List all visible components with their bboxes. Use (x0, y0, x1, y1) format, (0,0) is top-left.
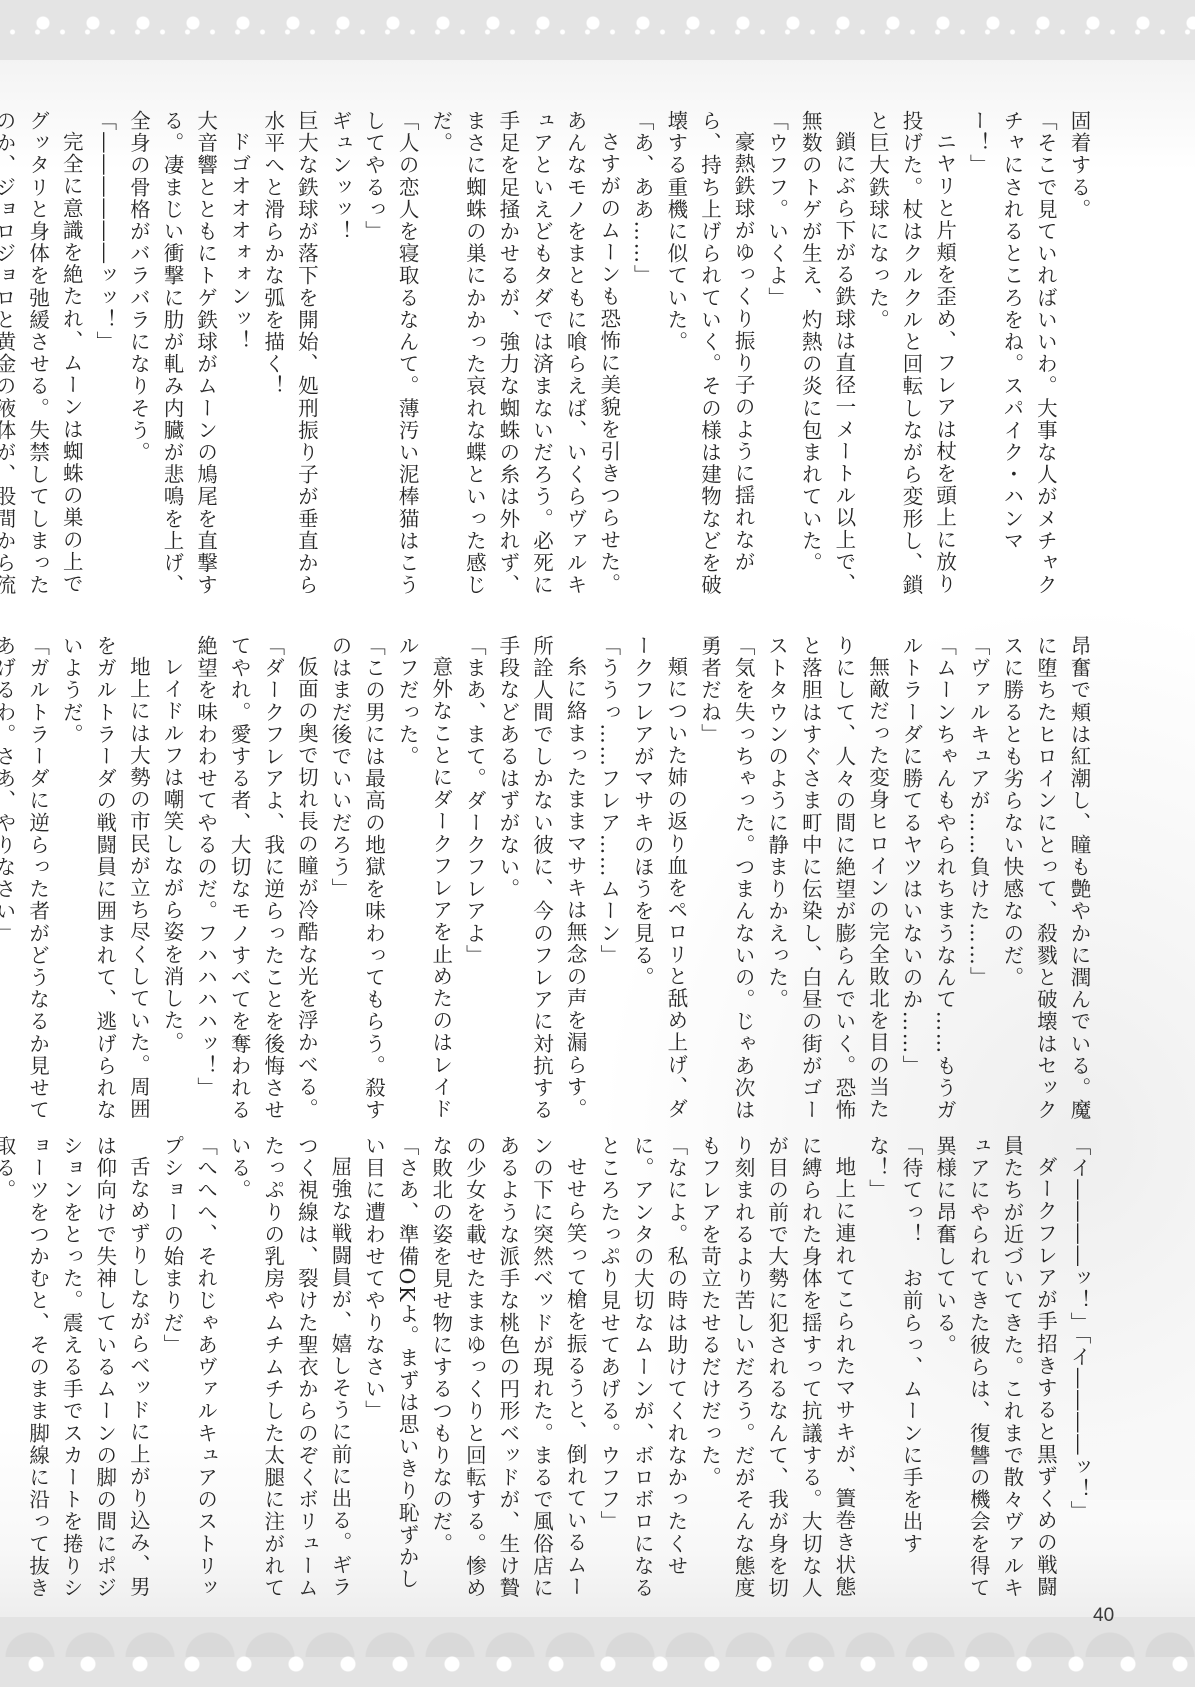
paragraph: 「ガルトラーダに逆らった者がどうなるか見せてあげるわ。さあ、やりなさい」 (0, 635, 54, 1125)
paragraph: 「ヴァルキュアが……負けた……」 (961, 635, 995, 1125)
paragraph: 完全に意識を絶たれ、ムーンは蜘蛛の巣の上でグッタリと身体を弛緩させる。失禁してし… (0, 110, 87, 600)
paragraph: 巨大な鉄球が落下を開始、処刑振り子が垂直から水平へと滑らかな弧を描く！ (255, 110, 322, 600)
decorative-lace-border-bottom (0, 1617, 1195, 1687)
paragraph: 頬についた姉の返り血をペロリと舐め上げ、ダークフレアがマサキのほうを見る。 (625, 635, 692, 1125)
text-tier-top: 固着する。「そこで見ていればいいわ。大事な人がメチャクチャにされるところをね。ス… (95, 110, 1095, 600)
paragraph: 「へへへ、それじゃあヴァルキュアのストリップショーの始まりだ」 (154, 1135, 221, 1605)
text-tier-middle: 昂奮で頬は紅潮し、瞳も艶やかに潤んでいる。魔に堕ちたヒロインにとって、殺戮と破壊… (95, 635, 1095, 1125)
paragraph: 「この男には最高の地獄を味わってもらう。殺すのはまだ後でいいだろう」 (322, 635, 389, 1125)
paragraph: 鎖にぶら下がる鉄球は直径一メートル以上で、無数のトゲが生え、灼熱の炎に包まれてい… (793, 110, 860, 600)
paragraph: 「なによ。私の時は助けてくれなかったくせに。アンタの大切なムーンが、ボロボロにな… (591, 1135, 692, 1605)
text-tier-bottom: 「イ――――ッ！」「イ――――ッ！」ダークフレアが手招きすると黒ずくめの戦闘員た… (95, 1135, 1095, 1605)
paragraph: 大音響とともにトゲ鉄球がムーンの鳩尾を直撃する。凄まじい衝撃に肋が軋み内臓が悲鳴… (121, 110, 222, 600)
paragraph: 「まあ、まて。ダークフレアよ」 (457, 635, 491, 1125)
paragraph: せせら笑って槍を振るうと、倒れているムーンの下に突然ベッドが現れた。まるで風俗店… (423, 1135, 591, 1605)
paragraph: 無敵だった変身ヒロインの完全敗北を目の当たりにして、人々の間に絶望が膨らんでいく… (759, 635, 893, 1125)
paragraph: 固着する。 (1061, 110, 1095, 600)
paragraph: 「さあ、準備OKよ。まずは思いきり恥ずかしい目に遭わせてやりなさい」 (356, 1135, 423, 1605)
paragraph: 「ダークフレアよ、我に逆らったことを後悔させてやれ。愛する者、大切なモノすべてを… (188, 635, 289, 1125)
decorative-lace-border-top (0, 0, 1195, 60)
paragraph: ドゴオオオォォンッ！ (222, 110, 256, 600)
paragraph: 屈強な戦闘員が、嬉しそうに前に出る。ギラつく視線は、裂けた聖衣からのぞくボリュー… (222, 1135, 356, 1605)
paragraph: ダークフレアが手招きすると黒ずくめの戦闘員たちが近づいてきた。これまで散々ヴァル… (927, 1135, 1061, 1605)
paragraph: 地上に連れてこられたマサキが、簀巻き状態に縛られた身体を揺すって抗議する。大切な… (692, 1135, 860, 1605)
paragraph: 「人の恋人を寝取るなんて。薄汚い泥棒猫はこうしてやるっ」 (356, 110, 423, 600)
paragraph: 「――――――ッッ！」 (87, 110, 121, 600)
paragraph: 「そこで見ていればいいわ。大事な人がメチャクチャにされるところをね。スパイク・ハ… (961, 110, 1062, 600)
paragraph: さすがのムーンも恐怖に美貌を引きつらせた。あんなモノをまともに喰らえば、いくらヴ… (423, 110, 625, 600)
paragraph: 糸に絡まったままマサキは無念の声を漏らす。所詮人間でしかない彼に、今のフレアに対… (490, 635, 591, 1125)
paragraph: 意外なことにダークフレアを止めたのはレイドルフだった。 (390, 635, 457, 1125)
paragraph: 舌なめずりしながらベッドに上がり込み、男は仰向けで失神しているムーンの脚の間にポ… (0, 1135, 154, 1605)
paragraph: ニヤリと片頬を歪め、フレアは杖を頭上に放り投げた。杖はクルクルと回転しながら変形… (860, 110, 961, 600)
paragraph: 「ウフフ。いくよ」 (759, 110, 793, 600)
paragraph: 豪熱鉄球がゆっくり振り子のように揺れながら、持ち上げられていく。その様は建物など… (658, 110, 759, 600)
paragraph: 「あ、ああ……」 (625, 110, 659, 600)
paragraph: 「待てっ！ お前らっ、ムーンに手を出すな！」 (860, 1135, 927, 1605)
paragraph: 「イ――――ッ！」「イ――――ッ！」 (1061, 1135, 1095, 1605)
paragraph: レイドルフは嘲笑しながら姿を消した。 (154, 635, 188, 1125)
paragraph: 「ううっ……フレア……ムーン」 (591, 635, 625, 1125)
page-number: 40 (1093, 1605, 1114, 1627)
paragraph: 昂奮で頬は紅潮し、瞳も艶やかに潤んでいる。魔に堕ちたヒロインにとって、殺戮と破壊… (994, 635, 1095, 1125)
paragraph: 地上には大勢の市民が立ち尽くしていた。周囲をガルトラーダの戦闘員に囲まれて、逃げ… (54, 635, 155, 1125)
paragraph: ギュンッッ！ (322, 110, 356, 600)
paragraph: 「気を失っちゃった。つまんないの。じゃあ次は勇者だね」 (692, 635, 759, 1125)
paragraph: 「ムーンちゃんもやられちまうなんて……もうガルトラーダに勝てるヤツはいないのか…… (893, 635, 960, 1125)
paragraph: 仮面の奥で切れ長の瞳が冷酷な光を浮かべる。 (289, 635, 323, 1125)
